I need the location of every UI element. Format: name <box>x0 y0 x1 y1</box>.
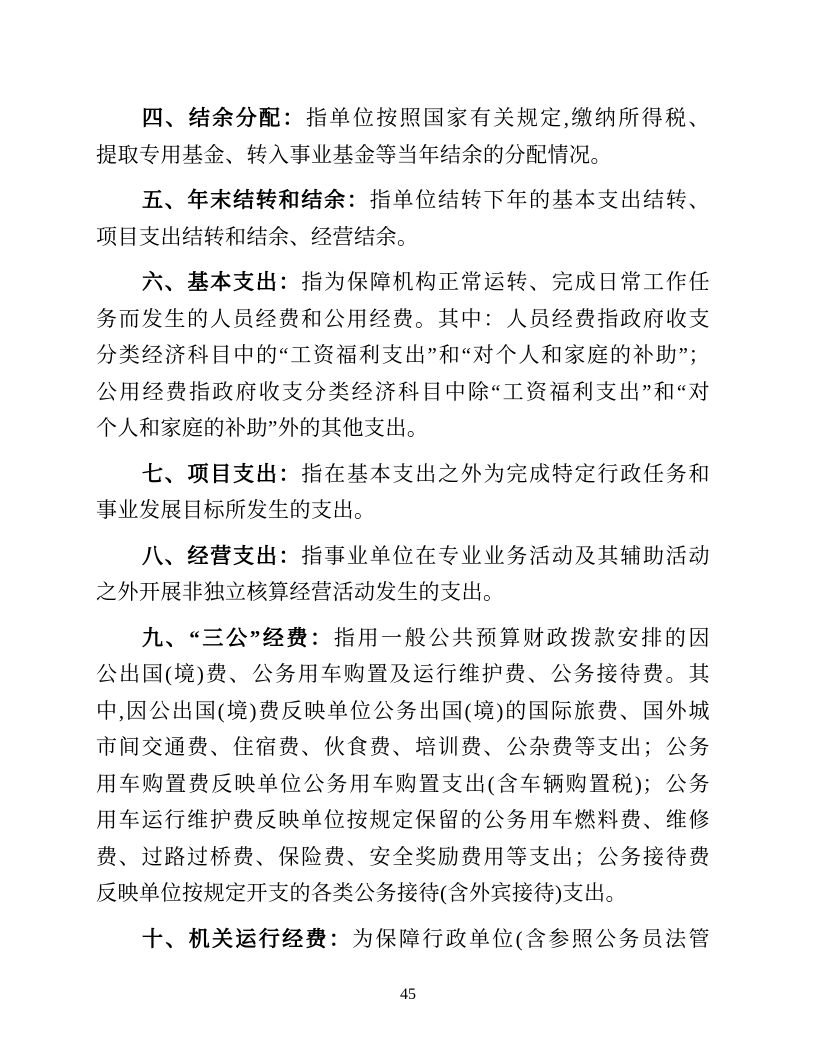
definition-text: 指为保障机构正常运转、完成日常工作任 <box>301 270 710 294</box>
text-line: 提取专用基金、转入事业基金等当年结余的分配情况。 <box>96 137 710 174</box>
text-line: 市间交通费、住宿费、伙食费、培训费、公杂费等支出；公务 <box>96 729 710 766</box>
para-basic-expenditure: 六、基本支出：指为保障机构正常运转、完成日常工作任 务而发生的人员经费和公用经费… <box>96 264 710 447</box>
text-line: 事业发展目标所发生的支出。 <box>96 492 710 529</box>
text-line: 之外开展非独立核算经营活动发生的支出。 <box>96 574 710 611</box>
text-line: 四、结余分配：指单位按照国家有关规定,缴纳所得税、 <box>96 100 710 137</box>
definition-text: 指单位按照国家有关规定,缴纳所得税、 <box>306 106 710 130</box>
text-line: 反映单位按规定开支的各类公务接待(含外宾接待)支出。 <box>96 875 710 912</box>
definition-term: 十、机关运行经费： <box>142 927 352 951</box>
page-number: 45 <box>400 986 416 1003</box>
text-line: 务而发生的人员经费和公用经费。其中：人员经费指政府收支 <box>96 301 710 338</box>
definition-term: 九、“三公”经费： <box>142 626 334 650</box>
text-line: 八、经营支出：指事业单位在专业业务活动及其辅助活动 <box>96 538 710 575</box>
page-footer: 45 <box>0 984 816 1006</box>
text-line: 费、过路过桥费、保险费、安全奖励费用等支出；公务接待费 <box>96 839 710 876</box>
para-three-public-funds: 九、“三公”经费：指用一般公共预算财政拨款安排的因 公出国(境)费、公务用车购置… <box>96 620 710 912</box>
definition-text: 指单位结转下年的基本支出结转、 <box>370 188 710 212</box>
text-line: 六、基本支出：指为保障机构正常运转、完成日常工作任 <box>96 264 710 301</box>
definition-text: 为保障行政单位(含参照公务员法管 <box>352 927 710 951</box>
text-line: 项目支出结转和结余、经营结余。 <box>96 219 710 256</box>
definition-term: 七、项目支出： <box>142 462 301 486</box>
text-line: 分类经济科目中的“工资福利支出”和“对个人和家庭的补助”； <box>96 337 710 374</box>
definition-term: 五、年末结转和结余： <box>142 188 370 212</box>
para-project-expenditure: 七、项目支出：指在基本支出之外为完成特定行政任务和 事业发展目标所发生的支出。 <box>96 456 710 529</box>
text-line: 七、项目支出：指在基本支出之外为完成特定行政任务和 <box>96 456 710 493</box>
document-content: 四、结余分配：指单位按照国家有关规定,缴纳所得税、 提取专用基金、转入事业基金等… <box>96 100 710 957</box>
definition-term: 四、结余分配： <box>142 106 306 130</box>
definition-text: 指用一般公共预算财政拨款安排的因 <box>334 626 710 650</box>
para-year-end-carryover: 五、年末结转和结余：指单位结转下年的基本支出结转、 项目支出结转和结余、经营结余… <box>96 182 710 255</box>
text-line: 公出国(境)费、公务用车购置及运行维护费、公务接待费。其 <box>96 656 710 693</box>
text-line: 用车购置费反映单位公务用车购置支出(含车辆购置税)；公务 <box>96 766 710 803</box>
text-line: 个人和家庭的补助”外的其他支出。 <box>96 410 710 447</box>
para-agency-operation-funds: 十、机关运行经费：为保障行政单位(含参照公务员法管 <box>96 921 710 958</box>
definition-term: 六、基本支出： <box>142 270 301 294</box>
para-surplus-distribution: 四、结余分配：指单位按照国家有关规定,缴纳所得税、 提取专用基金、转入事业基金等… <box>96 100 710 173</box>
text-line: 九、“三公”经费：指用一般公共预算财政拨款安排的因 <box>96 620 710 657</box>
definition-text: 指在基本支出之外为完成特定行政任务和 <box>301 462 710 486</box>
text-line: 用车运行维护费反映单位按规定保留的公务用车燃料费、维修 <box>96 802 710 839</box>
text-line: 十、机关运行经费：为保障行政单位(含参照公务员法管 <box>96 921 710 958</box>
document-page: 四、结余分配：指单位按照国家有关规定,缴纳所得税、 提取专用基金、转入事业基金等… <box>0 0 816 1056</box>
text-line: 五、年末结转和结余：指单位结转下年的基本支出结转、 <box>96 182 710 219</box>
text-line: 公用经费指政府收支分类经济科目中除“工资福利支出”和“对 <box>96 374 710 411</box>
definition-term: 八、经营支出： <box>142 544 301 568</box>
definition-text: 指事业单位在专业业务活动及其辅助活动 <box>301 544 710 568</box>
text-line: 中,因公出国(境)费反映单位公务出国(境)的国际旅费、国外城 <box>96 693 710 730</box>
para-operating-expenditure: 八、经营支出：指事业单位在专业业务活动及其辅助活动 之外开展非独立核算经营活动发… <box>96 538 710 611</box>
